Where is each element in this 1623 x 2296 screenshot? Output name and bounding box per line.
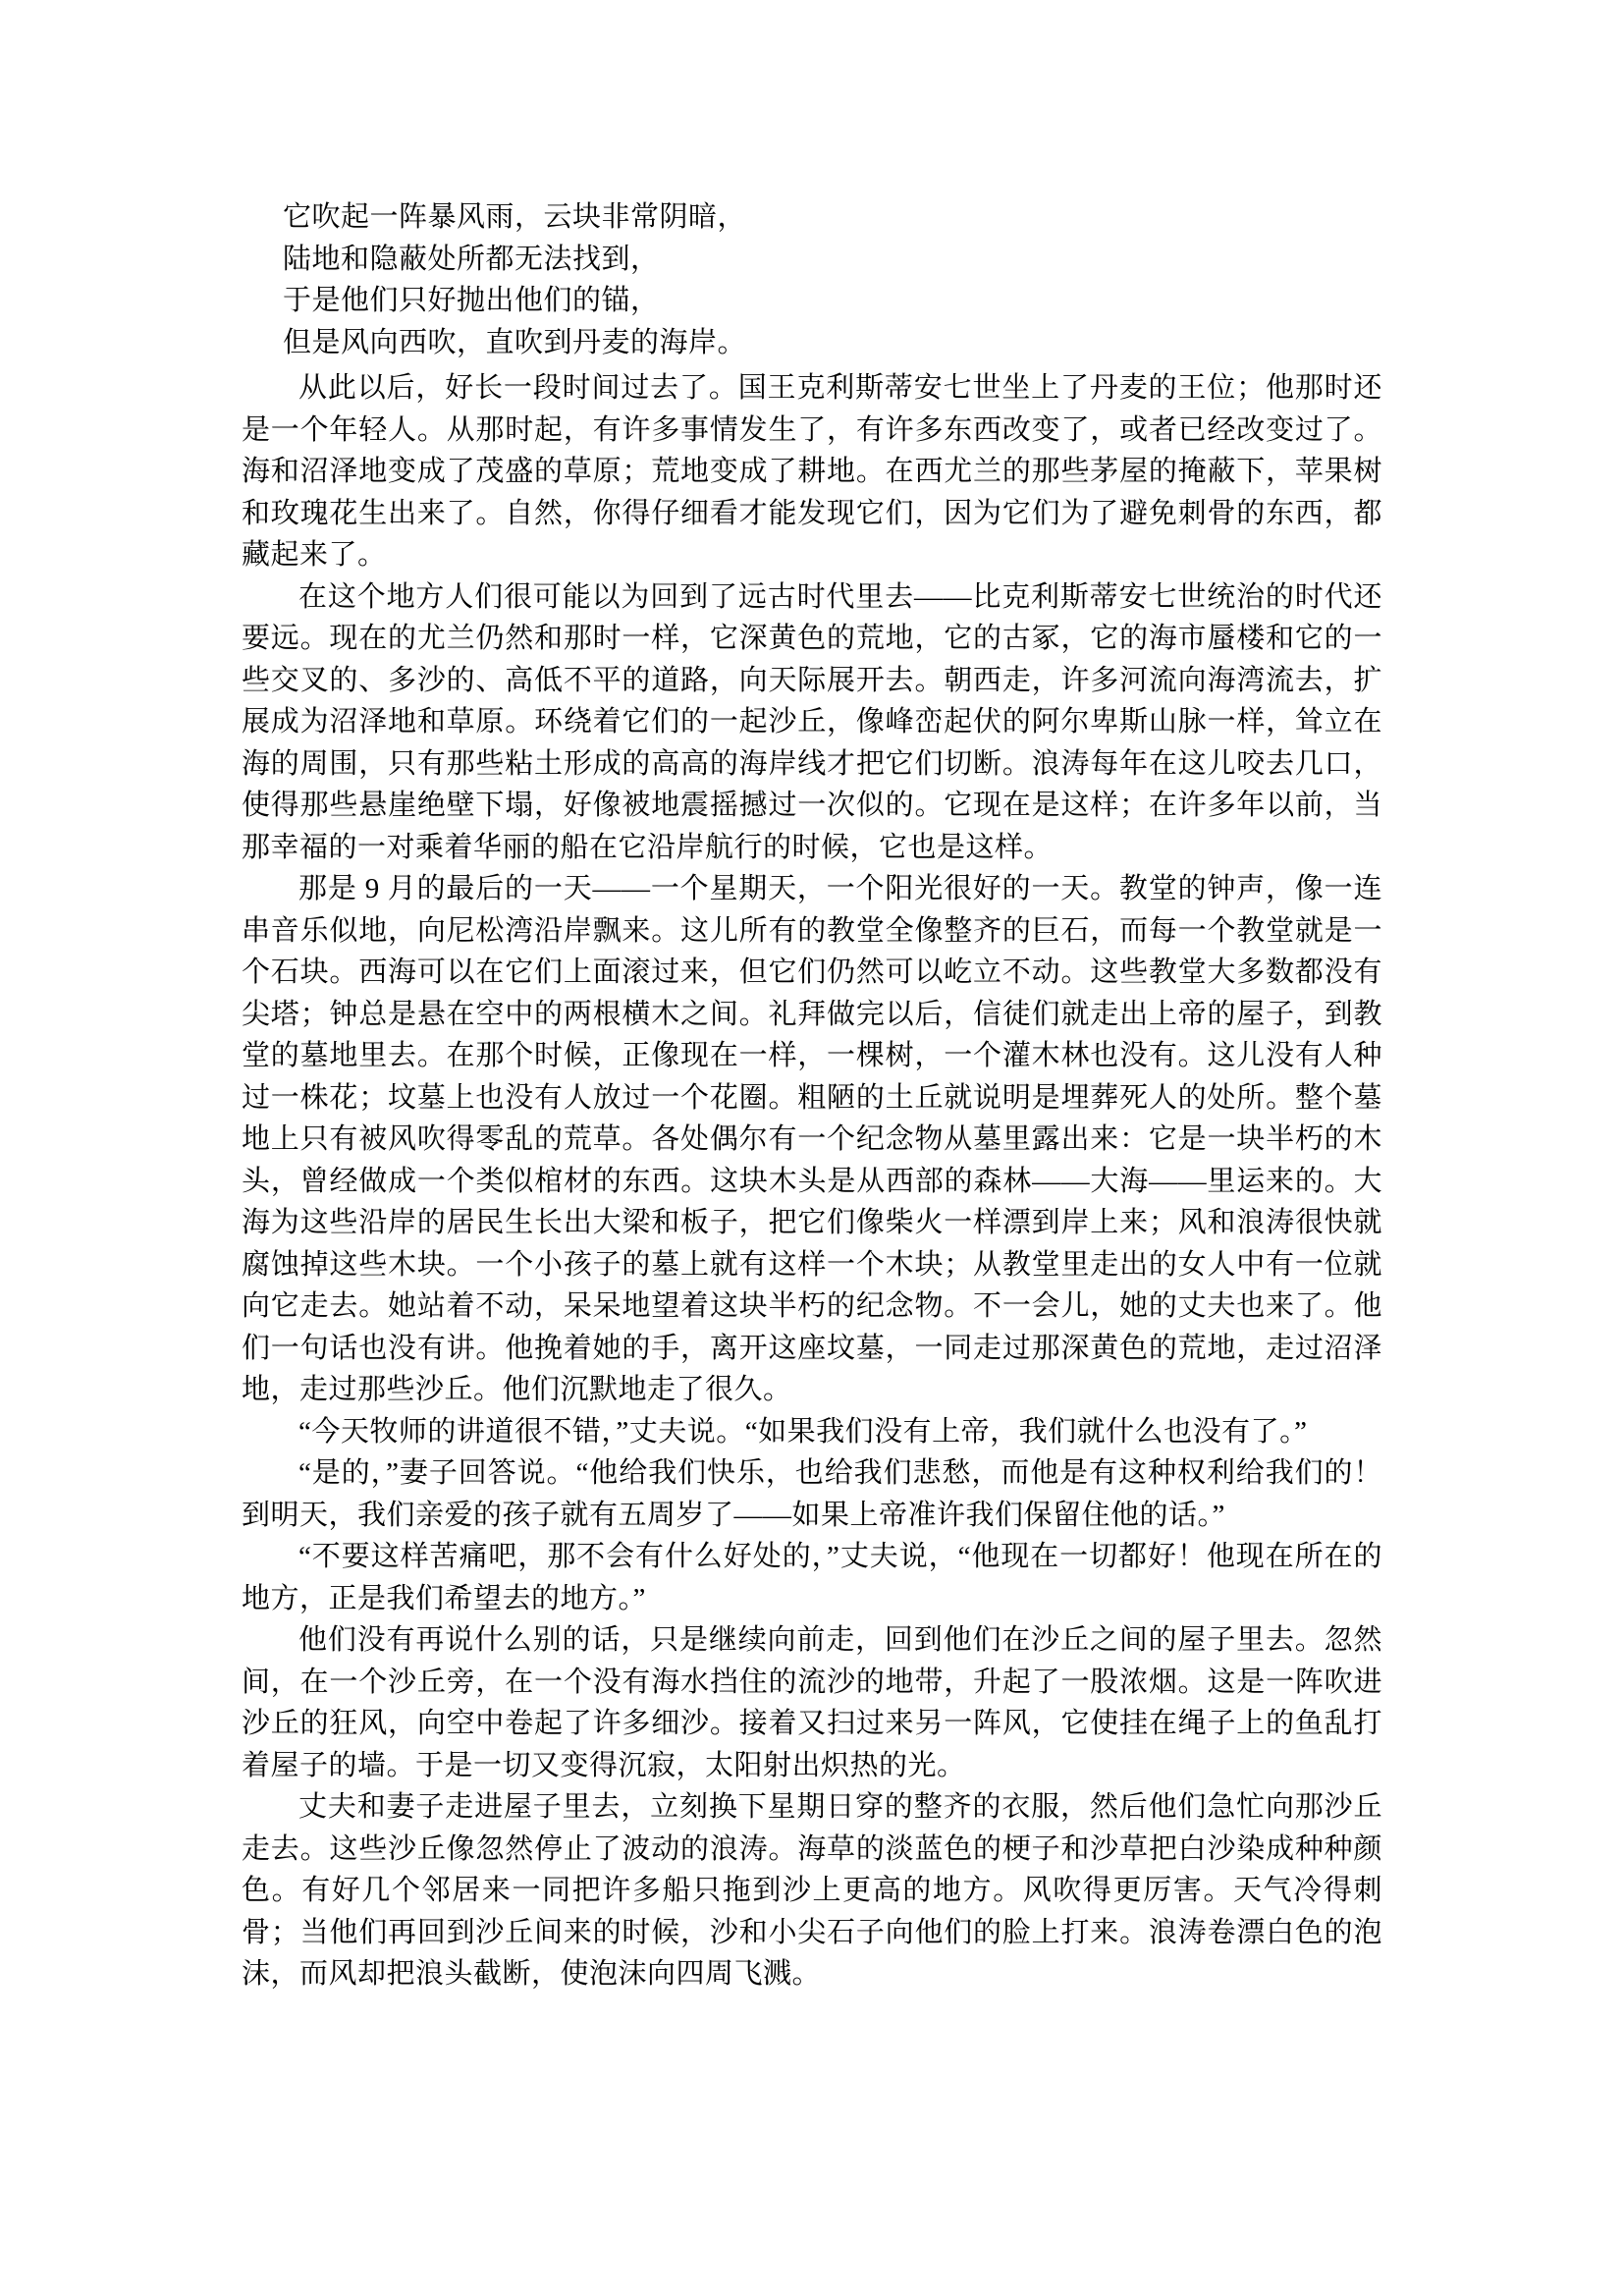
paragraph: “不要这样苦痛吧，那不会有什么好处的，”丈夫说，“他现在一切都好！他现在所在的地… [242, 1536, 1382, 1619]
paragraph: “是的，”妻子回答说。“他给我们快乐，也给我们悲愁，而他是有这种权利给我们的！到… [242, 1452, 1382, 1536]
paragraph: 丈夫和妻子走进屋子里去，立刻换下星期日穿的整齐的衣服，然后他们急忙向那沙丘走去。… [242, 1786, 1382, 1995]
verse-block: 它吹起一阵暴风雨，云块非常阴暗， 陆地和隐蔽处所都无法找到， 于是他们只好抛出他… [283, 196, 1382, 363]
text-block: 它吹起一阵暴风雨，云块非常阴暗， 陆地和隐蔽处所都无法找到， 于是他们只好抛出他… [242, 196, 1382, 1995]
verse-line: 于是他们只好抛出他们的锚， [283, 280, 1382, 322]
verse-line: 但是风向西吹，直吹到丹麦的海岸。 [283, 322, 1382, 364]
paragraph: 他们没有再说什么别的话，只是继续向前走，回到他们在沙丘之间的屋子里去。忽然间，在… [242, 1619, 1382, 1786]
document-page: 它吹起一阵暴风雨，云块非常阴暗， 陆地和隐蔽处所都无法找到， 于是他们只好抛出他… [0, 0, 1623, 2296]
paragraph: 在这个地方人们很可能以为回到了远古时代里去——比克利斯蒂安七世统治的时代还要远。… [242, 576, 1382, 869]
paragraph: “今天牧师的讲道很不错，”丈夫说。“如果我们没有上帝，我们就什么也没有了。” [242, 1411, 1382, 1453]
paragraph: 那是 9 月的最后的一天——一个星期天，一个阳光很好的一天。教堂的钟声，像一连串… [242, 868, 1382, 1411]
paragraph: 从此以后，好长一段时间过去了。国王克利斯蒂安七世坐上了丹麦的王位；他那时还是一个… [242, 367, 1382, 576]
verse-line: 陆地和隐蔽处所都无法找到， [283, 239, 1382, 281]
verse-line: 它吹起一阵暴风雨，云块非常阴暗， [283, 196, 1382, 239]
